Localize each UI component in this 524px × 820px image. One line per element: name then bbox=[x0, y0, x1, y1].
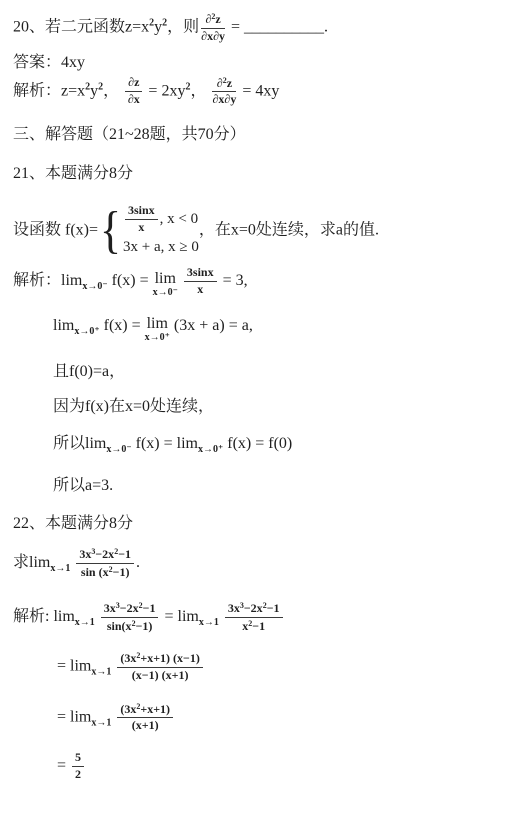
text-run: −1 bbox=[118, 547, 131, 561]
text-run: = lim bbox=[57, 657, 91, 674]
fraction-numerator: ∂z bbox=[125, 76, 142, 92]
fraction: (3x2+x+1) (x−1)(x−1) (x+1) bbox=[115, 651, 205, 683]
fraction: 3x3−2x2−1x2−1 bbox=[223, 601, 285, 634]
text-run: 20、若二元函数z=x bbox=[13, 18, 149, 35]
cases-row: 3x + a, x ≥ 0 bbox=[123, 237, 199, 258]
fraction-denominator: sin(x2−1) bbox=[101, 618, 159, 634]
text-run: 3x + a, x ≥ 0 bbox=[123, 237, 199, 258]
text-run: (x−1) (x+1) bbox=[132, 668, 189, 682]
text-run: = 3, bbox=[219, 272, 248, 289]
text-run: −1) bbox=[136, 619, 153, 633]
fraction: ∂z∂x bbox=[123, 76, 144, 107]
fraction-denominator: (x−1) (x+1) bbox=[117, 668, 203, 683]
text-run: +x+1) bbox=[140, 702, 170, 716]
fraction-numerator: 3x3−2x2−1 bbox=[101, 601, 159, 618]
problem-22-solution-line-2: = limx→1 (3x2+x+1) (x−1)(x−1) (x+1) bbox=[57, 651, 514, 683]
cases-row: 3sinxx, x < 0 bbox=[123, 204, 198, 235]
text-run: −1) bbox=[113, 565, 130, 579]
text-run: y bbox=[154, 18, 162, 35]
problem-21-solution-line-6: 所以a=3. bbox=[53, 475, 514, 496]
text-run: lim bbox=[53, 317, 74, 334]
problem-22-solution-line-1: 解析: limx→1 3x3−2x2−1sin(x2−1) = limx→1 3… bbox=[13, 601, 514, 634]
text-run: __________. bbox=[244, 18, 328, 35]
problem-22-title: 22、本题满分8分 bbox=[13, 513, 514, 534]
text-run: ，则 bbox=[167, 18, 199, 35]
limit-under-script: x→0⁺ bbox=[145, 333, 170, 343]
fraction-denominator: x2−1 bbox=[225, 618, 283, 634]
fraction-numerator: ∂2z bbox=[201, 12, 225, 29]
fraction-numerator: (3x2+x+1) bbox=[117, 702, 173, 719]
text-run: f(x) = lim bbox=[132, 435, 198, 452]
fraction-numerator: 3sinx bbox=[125, 204, 158, 220]
problem-21-solution-line-4: 因为f(x)在x=0处连续， bbox=[53, 396, 514, 417]
text-run: 解析: lim bbox=[13, 608, 75, 625]
fraction-denominator: x bbox=[125, 220, 158, 235]
limit-word: lim bbox=[145, 315, 170, 333]
text-run: = 4xy bbox=[238, 82, 279, 99]
fraction: 3sinxx bbox=[182, 266, 219, 297]
text-run: x bbox=[197, 282, 203, 296]
text-run: −1 bbox=[252, 619, 265, 633]
text-run: ∂x∂y bbox=[201, 29, 225, 43]
problem-20-answer: 答案：4xy bbox=[13, 52, 514, 73]
text-run: y bbox=[90, 82, 98, 99]
problem-21-statement: 设函数 f(x)={3sinxx, x < 03x + a, x ≥ 0，在x=… bbox=[13, 204, 514, 258]
text-run: 求lim bbox=[13, 554, 50, 571]
text-run: = 2xy bbox=[144, 82, 185, 99]
text-run: 3x bbox=[79, 547, 91, 561]
fraction-numerator: 3x3−2x2−1 bbox=[225, 601, 283, 618]
text-run: −2x bbox=[95, 547, 114, 561]
problem-22-statement: 求limx→1 3x3−2x2−1sin (x2−1). bbox=[13, 547, 514, 580]
text-run: ∂x∂y bbox=[212, 92, 236, 106]
section-3-heading: 三、解答题（21~28题，共70分） bbox=[13, 124, 514, 145]
problem-21-solution-line-3: 且f(0)=a， bbox=[53, 361, 514, 382]
subscript: x→1 bbox=[199, 617, 219, 628]
subscript: x→1 bbox=[50, 563, 70, 574]
text-run: . bbox=[136, 554, 140, 571]
limit-operator: limx→0⁻ bbox=[153, 270, 178, 298]
text-run: = lim bbox=[57, 708, 91, 725]
fraction: 52 bbox=[70, 751, 86, 782]
fraction: 3x3−2x2−1sin(x2−1) bbox=[99, 601, 161, 634]
limit-word: lim bbox=[153, 270, 178, 288]
text-run: 5 bbox=[75, 750, 81, 764]
fraction-numerator: 3sinx bbox=[184, 266, 217, 282]
text-run: f(x) = f(0) bbox=[223, 435, 292, 452]
text-run: (3x bbox=[120, 651, 136, 665]
text-run: (3x bbox=[120, 702, 136, 716]
left-brace: { bbox=[100, 205, 121, 257]
text-run: z bbox=[215, 12, 220, 26]
text-run: sin (x bbox=[81, 565, 109, 579]
text-run: = bbox=[227, 18, 244, 35]
fraction: (3x2+x+1)(x+1) bbox=[115, 702, 175, 734]
cases-rows: 3sinxx, x < 03x + a, x ≥ 0 bbox=[123, 204, 199, 258]
problem-22-solution-line-3: = limx→1 (3x2+x+1)(x+1) bbox=[57, 702, 514, 734]
problem-20-question: 20、若二元函数z=x2y2，则∂2z∂x∂y = __________. bbox=[13, 12, 514, 44]
text-run: −1 bbox=[143, 601, 156, 615]
fraction-numerator: 3x3−2x2−1 bbox=[76, 547, 134, 564]
text-run: 2 bbox=[75, 767, 81, 781]
fraction: ∂2z∂x∂y bbox=[210, 76, 238, 108]
problem-21-solution-line-1: 解析：limx→0⁻ f(x) = limx→0⁻ 3sinxx = 3, bbox=[13, 266, 514, 298]
text-run: 3sinx bbox=[187, 265, 214, 279]
subscript: x→0⁻ bbox=[106, 444, 131, 455]
text-run: ，在x=0处连续，求a的值. bbox=[199, 222, 379, 239]
text-run: 解析：z=x bbox=[13, 82, 85, 99]
text-run: ， bbox=[190, 82, 210, 99]
fraction-denominator: sin (x2−1) bbox=[76, 564, 134, 580]
text-run: −2x bbox=[120, 601, 139, 615]
text-run: +x+1) (x−1) bbox=[140, 651, 200, 665]
text-run: = lim bbox=[160, 608, 198, 625]
text-run: 3x bbox=[228, 601, 240, 615]
limit-operator: limx→0⁺ bbox=[145, 315, 170, 343]
problem-21-title: 21、本题满分8分 bbox=[13, 163, 514, 184]
text-run: , x < 0 bbox=[160, 209, 198, 230]
subscript: x→1 bbox=[75, 617, 95, 628]
limit-under-script: x→0⁻ bbox=[153, 288, 178, 298]
piecewise-cases: {3sinxx, x < 03x + a, x ≥ 0 bbox=[98, 204, 199, 258]
problem-20-solution: 解析：z=x2y2， ∂z∂x = 2xy2， ∂2z∂x∂y = 4xy bbox=[13, 76, 514, 108]
fraction-denominator: ∂x∂y bbox=[212, 92, 236, 107]
text-run: sin(x bbox=[107, 619, 132, 633]
fraction-numerator: 5 bbox=[72, 751, 84, 767]
fraction: 3x3−2x2−1sin (x2−1) bbox=[74, 547, 136, 580]
text-run: (3x + a) = a, bbox=[170, 317, 253, 334]
text-run: 解析：lim bbox=[13, 272, 82, 289]
subscript: x→0⁺ bbox=[198, 444, 223, 455]
text-run: f(x) = bbox=[108, 272, 153, 289]
text-run: f(x) = bbox=[100, 317, 145, 334]
fraction-denominator: (x+1) bbox=[117, 718, 173, 733]
subscript: x→1 bbox=[91, 717, 111, 728]
text-run: (x+1) bbox=[132, 718, 159, 732]
text-run: x bbox=[138, 220, 144, 234]
text-run: ∂z bbox=[128, 75, 139, 89]
text-run: ， bbox=[103, 82, 123, 99]
fraction-denominator: 2 bbox=[72, 767, 84, 782]
fraction-denominator: ∂x∂y bbox=[201, 29, 225, 44]
text-run: z bbox=[227, 76, 232, 90]
fraction-denominator: x bbox=[184, 282, 217, 297]
fraction: ∂2z∂x∂y bbox=[199, 12, 227, 44]
problem-22-solution-line-4: = 52 bbox=[57, 751, 514, 782]
text-run: ∂x bbox=[128, 92, 140, 106]
text-run: 3sinx bbox=[128, 203, 155, 217]
problem-21-solution-line-2: limx→0⁺ f(x) = limx→0⁺ (3x + a) = a, bbox=[53, 315, 514, 343]
subscript: x→1 bbox=[91, 666, 111, 677]
text-run: −1 bbox=[267, 601, 280, 615]
subscript: x→0⁺ bbox=[74, 326, 99, 337]
document-page: 20、若二元函数z=x2y2，则∂2z∂x∂y = __________. 答案… bbox=[0, 0, 524, 820]
fraction-numerator: ∂2z bbox=[212, 76, 236, 93]
text-run: 所以lim bbox=[53, 435, 106, 452]
fraction-numerator: (3x2+x+1) (x−1) bbox=[117, 651, 203, 668]
text-run: 设函数 f(x)= bbox=[13, 222, 98, 239]
text-run: 3x bbox=[104, 601, 116, 615]
fraction-denominator: ∂x bbox=[125, 92, 142, 107]
text-run: = bbox=[57, 757, 70, 774]
problem-21-solution-line-5: 所以limx→0⁻ f(x) = limx→0⁺ f(x) = f(0) bbox=[53, 433, 514, 460]
subscript: x→0⁻ bbox=[82, 281, 107, 292]
text-run: −2x bbox=[244, 601, 263, 615]
fraction: 3sinxx bbox=[123, 204, 160, 235]
